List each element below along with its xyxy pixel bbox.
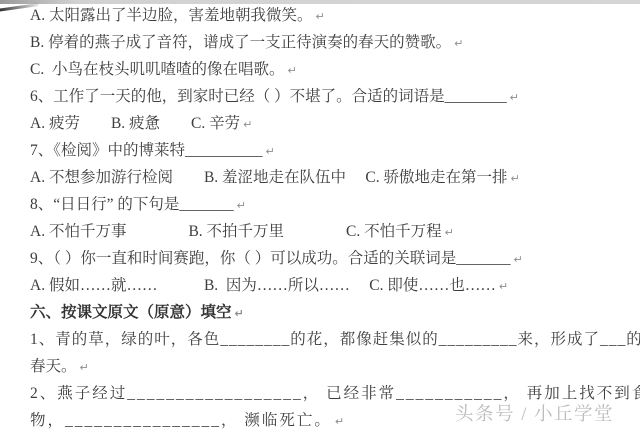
- paragraph-mark-icon: ↵: [237, 199, 246, 212]
- watermark: 头条号 / 小丘学堂: [455, 400, 614, 426]
- paragraph-mark-icon: ↵: [80, 361, 89, 374]
- paragraph-mark-icon: ↵: [510, 91, 519, 104]
- line-text: A. 不想参加游行检阅 B. 羞涩地走在队伍中 C. 骄傲地走在第一排: [30, 169, 508, 186]
- paragraph-mark-icon: ↵: [445, 226, 454, 239]
- worksheet-content: A. 太阳露出了半边脸，害羞地朝我微笑。↵ B. 停着的燕子成了音符，谱成了一支…: [30, 2, 634, 429]
- paragraph-mark-icon: ↵: [287, 64, 296, 77]
- section-heading: 六、按课文原文（原意）填空↵: [30, 299, 634, 326]
- line-text: 9、（ ）你一直和时间赛跑，你（ ）可以成功。合适的关联词是_______: [30, 250, 511, 267]
- line-text: 六、按课文原文（原意）填空: [30, 304, 232, 321]
- text-line: C. 小鸟在枝头叽叽喳喳的像在唱歌。↵: [30, 56, 634, 83]
- line-text: 8、“日日行” 的下句是_______: [30, 196, 234, 213]
- paragraph-mark-icon: ↵: [511, 172, 520, 185]
- paragraph-mark-icon: ↵: [235, 307, 244, 320]
- text-line: A. 不想参加游行检阅 B. 羞涩地走在队伍中 C. 骄傲地走在第一排↵: [30, 164, 634, 191]
- text-line: B. 停着的燕子成了音符，谱成了一支正待演奏的春天的赞歌。↵: [30, 29, 634, 56]
- line-text: A. 太阳露出了半边脸，害羞地朝我微笑。: [30, 7, 312, 24]
- line-text: A. 假如……就…… B. 因为……所以…… C. 即使……也……: [30, 277, 496, 294]
- line-text: C. 小鸟在枝头叽叽喳喳的像在唱歌。: [30, 61, 284, 78]
- paragraph-mark-icon: ↵: [499, 280, 508, 293]
- line-text: 春天。: [30, 358, 77, 375]
- text-line: 9、（ ）你一直和时间赛跑，你（ ）可以成功。合适的关联词是_______↵: [30, 245, 634, 272]
- paragraph-mark-icon: ↵: [335, 415, 344, 428]
- paragraph-mark-icon: ↵: [266, 145, 275, 158]
- line-text: A. 疲劳 B. 疲惫 C. 辛劳: [30, 115, 240, 132]
- line-text: 1、青的草，绿的叶，各色________的花，都像赶集似的_________来，…: [30, 331, 640, 348]
- line-text: B. 停着的燕子成了音符，谱成了一支正待演奏的春天的赞歌。: [30, 34, 451, 51]
- line-text: A. 不怕千万事 B. 不拍千万里 C. 不怕千万程: [30, 223, 442, 240]
- paragraph-mark-icon: ↵: [315, 10, 324, 23]
- paragraph-mark-icon: ↵: [243, 118, 252, 131]
- text-line: A. 假如……就…… B. 因为……所以…… C. 即使……也……↵: [30, 272, 634, 299]
- text-line: 春天。↵: [30, 353, 634, 380]
- text-line: A. 太阳露出了半边脸，害羞地朝我微笑。↵: [30, 2, 634, 29]
- line-text: 7、《检阅》中的博莱特__________: [30, 142, 263, 159]
- text-line: 8、“日日行” 的下句是_______↵: [30, 191, 634, 218]
- text-line: 1、青的草，绿的叶，各色________的花，都像赶集似的_________来，…: [30, 326, 634, 353]
- line-text: 物，________________， 濒临死亡。: [30, 412, 332, 429]
- text-line: A. 不怕千万事 B. 不拍千万里 C. 不怕千万程↵: [30, 218, 634, 245]
- paragraph-mark-icon: ↵: [514, 253, 523, 266]
- text-line: A. 疲劳 B. 疲惫 C. 辛劳↵: [30, 110, 634, 137]
- text-line: 7、《检阅》中的博莱特__________↵: [30, 137, 634, 164]
- line-text: 6、工作了一天的他，到家时已经（ ）不堪了。合适的词语是________: [30, 88, 507, 105]
- text-line: 6、工作了一天的他，到家时已经（ ）不堪了。合适的词语是________↵: [30, 83, 634, 110]
- paragraph-mark-icon: ↵: [454, 37, 463, 50]
